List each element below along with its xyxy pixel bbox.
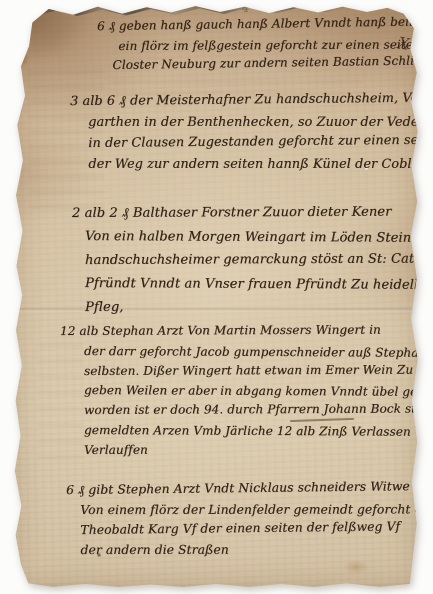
manuscript-line: 2 alb 2 ₰ Balthaser Forstner Zuuor diete… [72, 200, 419, 225]
manuscript-entry-1: 6 ₰ geben hanß gauch hanß Albert Vnndt h… [118, 14, 420, 76]
manuscript-line: Theobaldt Karg Vf der einen seiten der f… [80, 516, 410, 540]
manuscript-paper: 4 X 6 ₰ geben hanß gauch hanß Albert Vnn… [12, 2, 420, 588]
manuscript-line: Verlauffen [84, 439, 420, 460]
scanned-manuscript-page: 4 X 6 ₰ geben hanß gauch hanß Albert Vnn… [0, 0, 433, 594]
paper-stain [340, 558, 372, 576]
manuscript-line: selbsten. Dißer Wingert hatt etwan im Em… [84, 360, 420, 381]
manuscript-line: Pfründt Vnndt an Vnser frauen Pfründt Zu… [85, 272, 419, 297]
manuscript-entry-4: 12 alb Stephan Arzt Von Martin Mossers W… [84, 322, 420, 461]
manuscript-line: in der Clausen Zugestanden geforcht zur … [88, 130, 418, 154]
manuscript-line: Pfleg, [85, 294, 419, 319]
manuscript-line: Closter Neuburg zur andern seiten Bastia… [112, 51, 420, 75]
corner-stain [12, 2, 131, 93]
paper-stain [13, 48, 31, 70]
manuscript-line: 3 alb 6 ₰ der Meisterhafner Zu handschuc… [70, 88, 418, 112]
manuscript-line: 12 alb Stephan Arzt Von Martin Mossers W… [60, 320, 420, 341]
manuscript-entry-5: 6 ₰ gibt Stephen Arzt Vndt Nicklaus schn… [80, 478, 411, 560]
paper-sheet: 4 X 6 ₰ geben hanß gauch hanß Albert Vnn… [12, 2, 420, 588]
ink-bleedthrough [38, 338, 82, 458]
manuscript-line: der Weg zur andern seiten hannß Künel de… [88, 154, 418, 175]
manuscript-entry-2: 3 alb 6 ₰ der Meisterhafner Zu handschuc… [88, 89, 418, 175]
manuscript-line: worden ist er doch 94. durch Pfarrern Jo… [84, 400, 420, 421]
page-number: 4 [242, 2, 250, 15]
manuscript-line: der andern die Straßen [80, 539, 410, 560]
manuscript-line: 6 ₰ geben hanß gauch hanß Albert Vnndt h… [97, 12, 420, 37]
manuscript-line: 6 ₰ gibt Stephen Arzt Vndt Nicklaus schn… [66, 476, 410, 500]
manuscript-entry-3: 2 alb 2 ₰ Balthaser Forstner Zuuor diete… [85, 202, 419, 319]
manuscript-line: handschuchsheimer gemarckung stöst an St… [85, 247, 419, 272]
